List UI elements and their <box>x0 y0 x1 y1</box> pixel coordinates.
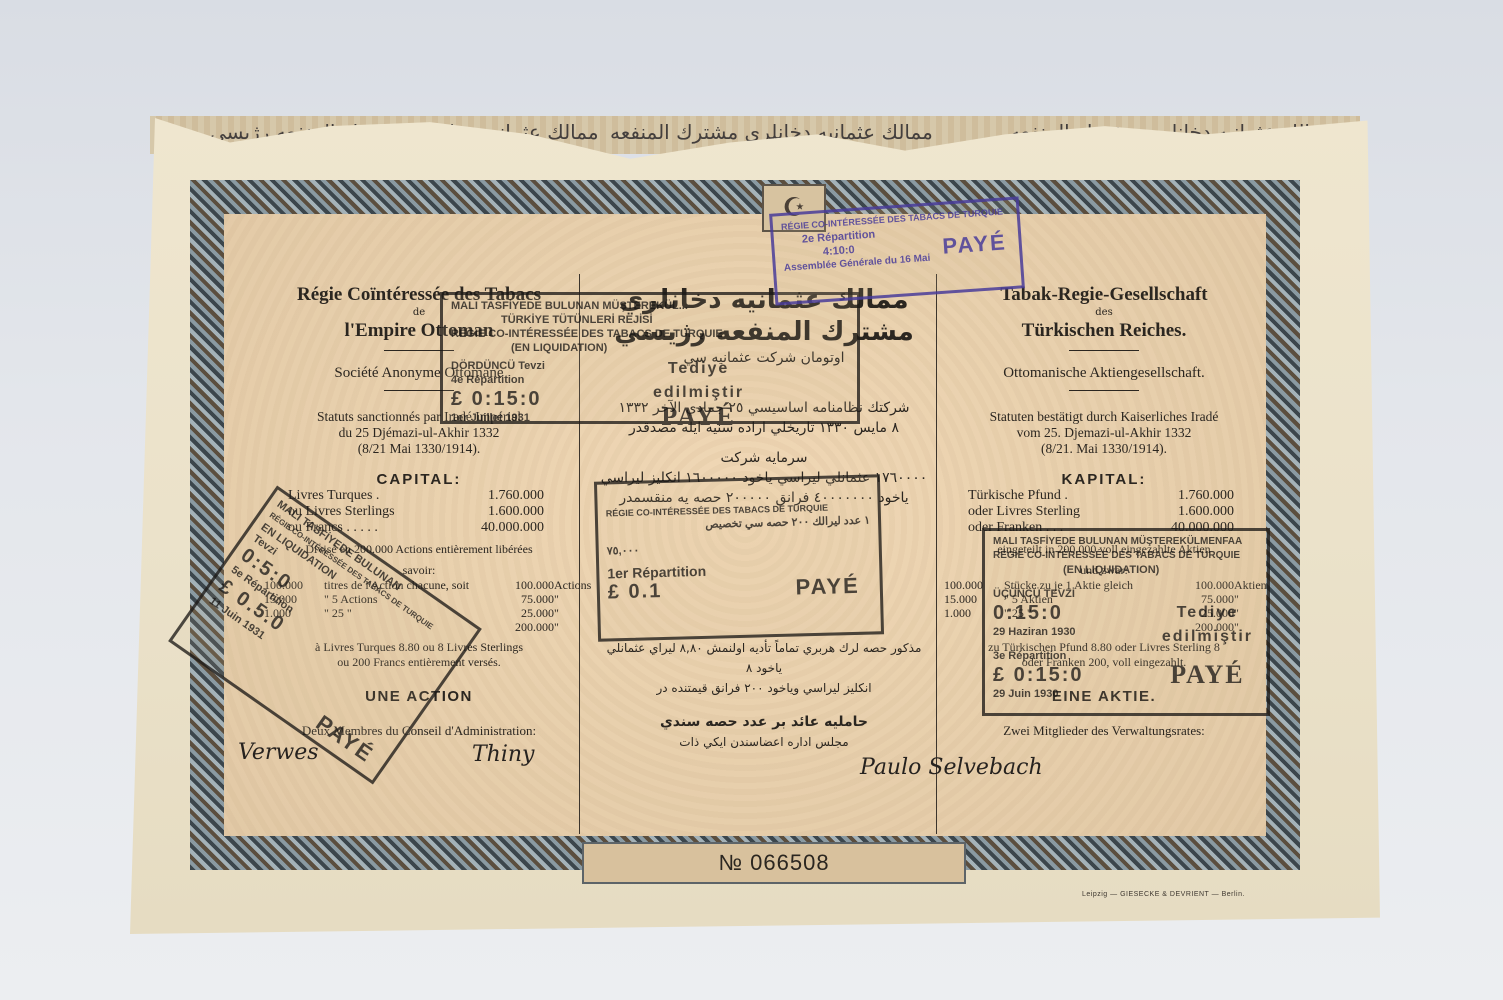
capital-row: Türkische Pfund .1.760.000 <box>944 488 1264 504</box>
capital-value: 1.760.000 <box>1178 488 1234 504</box>
capital-value: 40.000.000 <box>481 520 544 536</box>
capital-row: oder Livres Sterling1.600.000 <box>944 504 1264 520</box>
share-unit: " <box>554 592 574 606</box>
column-divider-right <box>936 274 937 834</box>
stamp-line: (EN LIQUIDATION) <box>451 341 849 355</box>
stamp-paye: PAYÉ <box>653 405 744 429</box>
capital-label: Livres Turques . <box>288 488 379 504</box>
rule <box>1069 390 1139 391</box>
stamp-line: TÜRKİYE TÜTÜNLERİ REJİSİ <box>451 313 849 327</box>
rule <box>1069 350 1139 351</box>
share-unit: " <box>554 620 574 634</box>
stamp-date: 1er Juillet 1931 <box>451 411 849 425</box>
stamp-date: 29 Juin 1930 <box>993 687 1259 701</box>
signature-right: Paulo Selvebach <box>860 755 1043 780</box>
stamp-text: edilmiştir <box>1162 625 1253 649</box>
statuten-line: Statuten bestätigt durch Kaiserliches Ir… <box>944 409 1264 425</box>
capital-value: 1.600.000 <box>1178 504 1234 520</box>
signature-middle: Thiny <box>472 742 534 767</box>
share-unit: " <box>554 606 574 620</box>
capital-label: Türkische Pfund . <box>968 488 1068 504</box>
stamp-line: DÖRDÜNCÜ Tevzi <box>451 359 849 373</box>
stamp-line: (EN LIQUIDATION) <box>993 563 1259 577</box>
share-total: 200.000 <box>474 620 554 634</box>
stamp-line: RÉGIE CO-INTÉRESSÉE DES TABACS DE TURQUI… <box>451 327 849 341</box>
stamp-line: 4e Répartition <box>451 373 849 387</box>
distribution-stamp-center: RÉGIE CO-INTÉRESSÉE DES TABACS DE TURQUI… <box>594 474 884 641</box>
stamp-text: Tediye <box>1162 601 1253 625</box>
liquidation-stamp-top: MALI TASFİYEDE BULUNAN MÜŞTEREKÜL... TÜR… <box>440 292 860 424</box>
share-total: 75.000 <box>474 592 554 606</box>
statuten-line: vom 25. Djemazi-ul-Akhir 1332 <box>944 425 1264 441</box>
serial-number: № 066508 <box>582 842 966 884</box>
share-unit: Actions <box>554 578 574 592</box>
german-title-line2: Türkischen Reiches. <box>944 320 1264 342</box>
ottoman-line: سرمايه شركت <box>594 448 934 468</box>
ottoman-share-label: حامليه عائد بر عدد حصه سندي <box>594 712 934 732</box>
stamp-paye: PAYÉ <box>795 574 860 600</box>
capital-row: Livres Turques .1.760.000 <box>264 488 574 504</box>
stamp-paid-block: Tediye edilmiştir PAYÉ <box>653 357 744 429</box>
capital-label: oder Livres Sterling <box>968 504 1080 520</box>
ottoman-line: انكليز ليراسي وياخود ٢٠٠ فرانق قيمتنده د… <box>594 678 934 698</box>
statuts-line: (8/21 Mai 1330/1914). <box>264 441 574 457</box>
ottoman-line: مذكور حصه لرك هربري تماماً تأديه اولنمش … <box>594 638 934 678</box>
stamp-text: Tediye <box>653 357 744 381</box>
stamp-line: ÜÇÜNCÜ TEVZİ <box>993 587 1259 601</box>
stamp-paid-block: Tediye edilmiştir PAYÉ <box>1162 601 1253 687</box>
ottoman-members-label: مجلس اداره اعضاسندن ايكي ذات <box>594 732 934 752</box>
stamp-amount: £ 0:15:0 <box>451 387 849 411</box>
french-capital-heading: CAPITAL: <box>264 471 574 488</box>
stamp-line: ٧٥,٠٠٠ <box>607 538 871 559</box>
german-statuten: Statuten bestätigt durch Kaiserliches Ir… <box>944 409 1264 457</box>
german-title-des: des <box>944 306 1264 320</box>
capital-value: 1.760.000 <box>488 488 544 504</box>
german-capital-heading: KAPITAL: <box>944 471 1264 488</box>
german-members-label: Zwei Mitglieder des Verwaltungsrates: <box>944 723 1264 739</box>
violet-payment-stamp: RÉGIE CO-INTÉRESSÉE DES TABACS DE TURQUI… <box>769 196 1025 305</box>
share-total: 100.000 <box>474 578 554 592</box>
stamp-paye: PAYÉ <box>1162 663 1253 687</box>
share-total: 25.000 <box>474 606 554 620</box>
statuts-line: du 25 Djémazi-ul-Akhir 1332 <box>264 425 574 441</box>
german-subtitle: Ottomanische Aktiengesellschaft. <box>944 365 1264 382</box>
liquidation-stamp-right: MALI TASFİYEDE BULUNAN MÜŞTEREKÜLMENFAA … <box>982 528 1270 716</box>
stamp-line: RÉGIE CO-INTÉRESSÉE DES TABACS DE TURQUI… <box>993 549 1259 563</box>
stamp-paye: PAYÉ <box>942 230 1008 258</box>
statuten-line: (8/21. Mai 1330/1914). <box>944 441 1264 457</box>
signature-left: Verwes <box>238 740 319 765</box>
capital-value: 1.600.000 <box>488 504 544 520</box>
printer-imprint: Leipzig — GIESECKE & DEVRIENT — Berlin. <box>1082 891 1245 898</box>
stamp-line: MALI TASFİYEDE BULUNAN MÜŞTEREKÜLMENFAA <box>993 535 1259 549</box>
